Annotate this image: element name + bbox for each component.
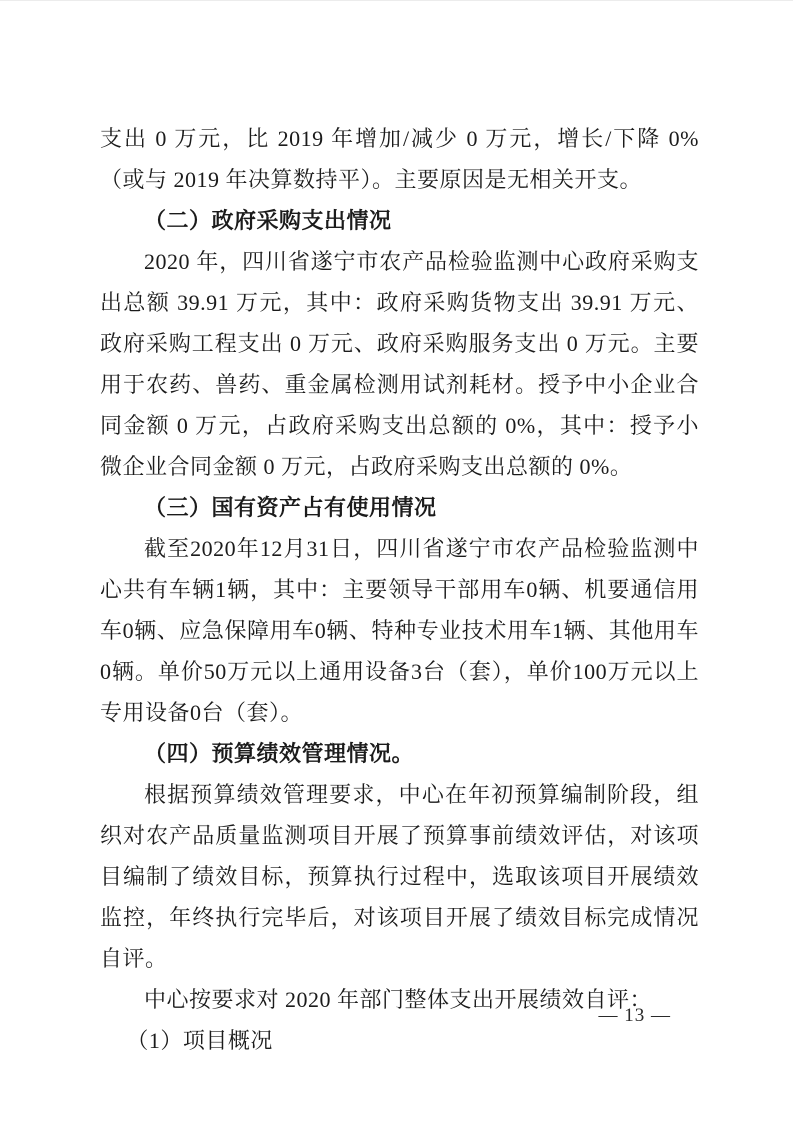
document-page: 支出 0 万元，比 2019 年增加/减少 0 万元，增长/下降 0%（或与 2… [100, 118, 699, 1061]
heading-government-procurement: （二）政府采购支出情况 [100, 200, 699, 241]
paragraph-procurement-details: 2020 年，四川省遂宁市农产品检验监测中心政府采购支出总额 39.91 万元，… [100, 241, 699, 487]
heading-state-assets: （三）国有资产占有使用情况 [100, 487, 699, 528]
paragraph-assets-details: 截至2020年12月31日，四川省遂宁市农产品检验监测中心共有车辆1辆，其中：主… [100, 528, 699, 733]
paragraph-performance-details: 根据预算绩效管理要求，中心在年初预算编制阶段，组织对农产品质量监测项目开展了预算… [100, 774, 699, 979]
heading-budget-performance: （四）预算绩效管理情况。 [100, 733, 699, 774]
page-number: — 13 — [599, 1001, 672, 1031]
paragraph-expenditure-continuation: 支出 0 万元，比 2019 年增加/减少 0 万元，增长/下降 0%（或与 2… [100, 118, 699, 200]
